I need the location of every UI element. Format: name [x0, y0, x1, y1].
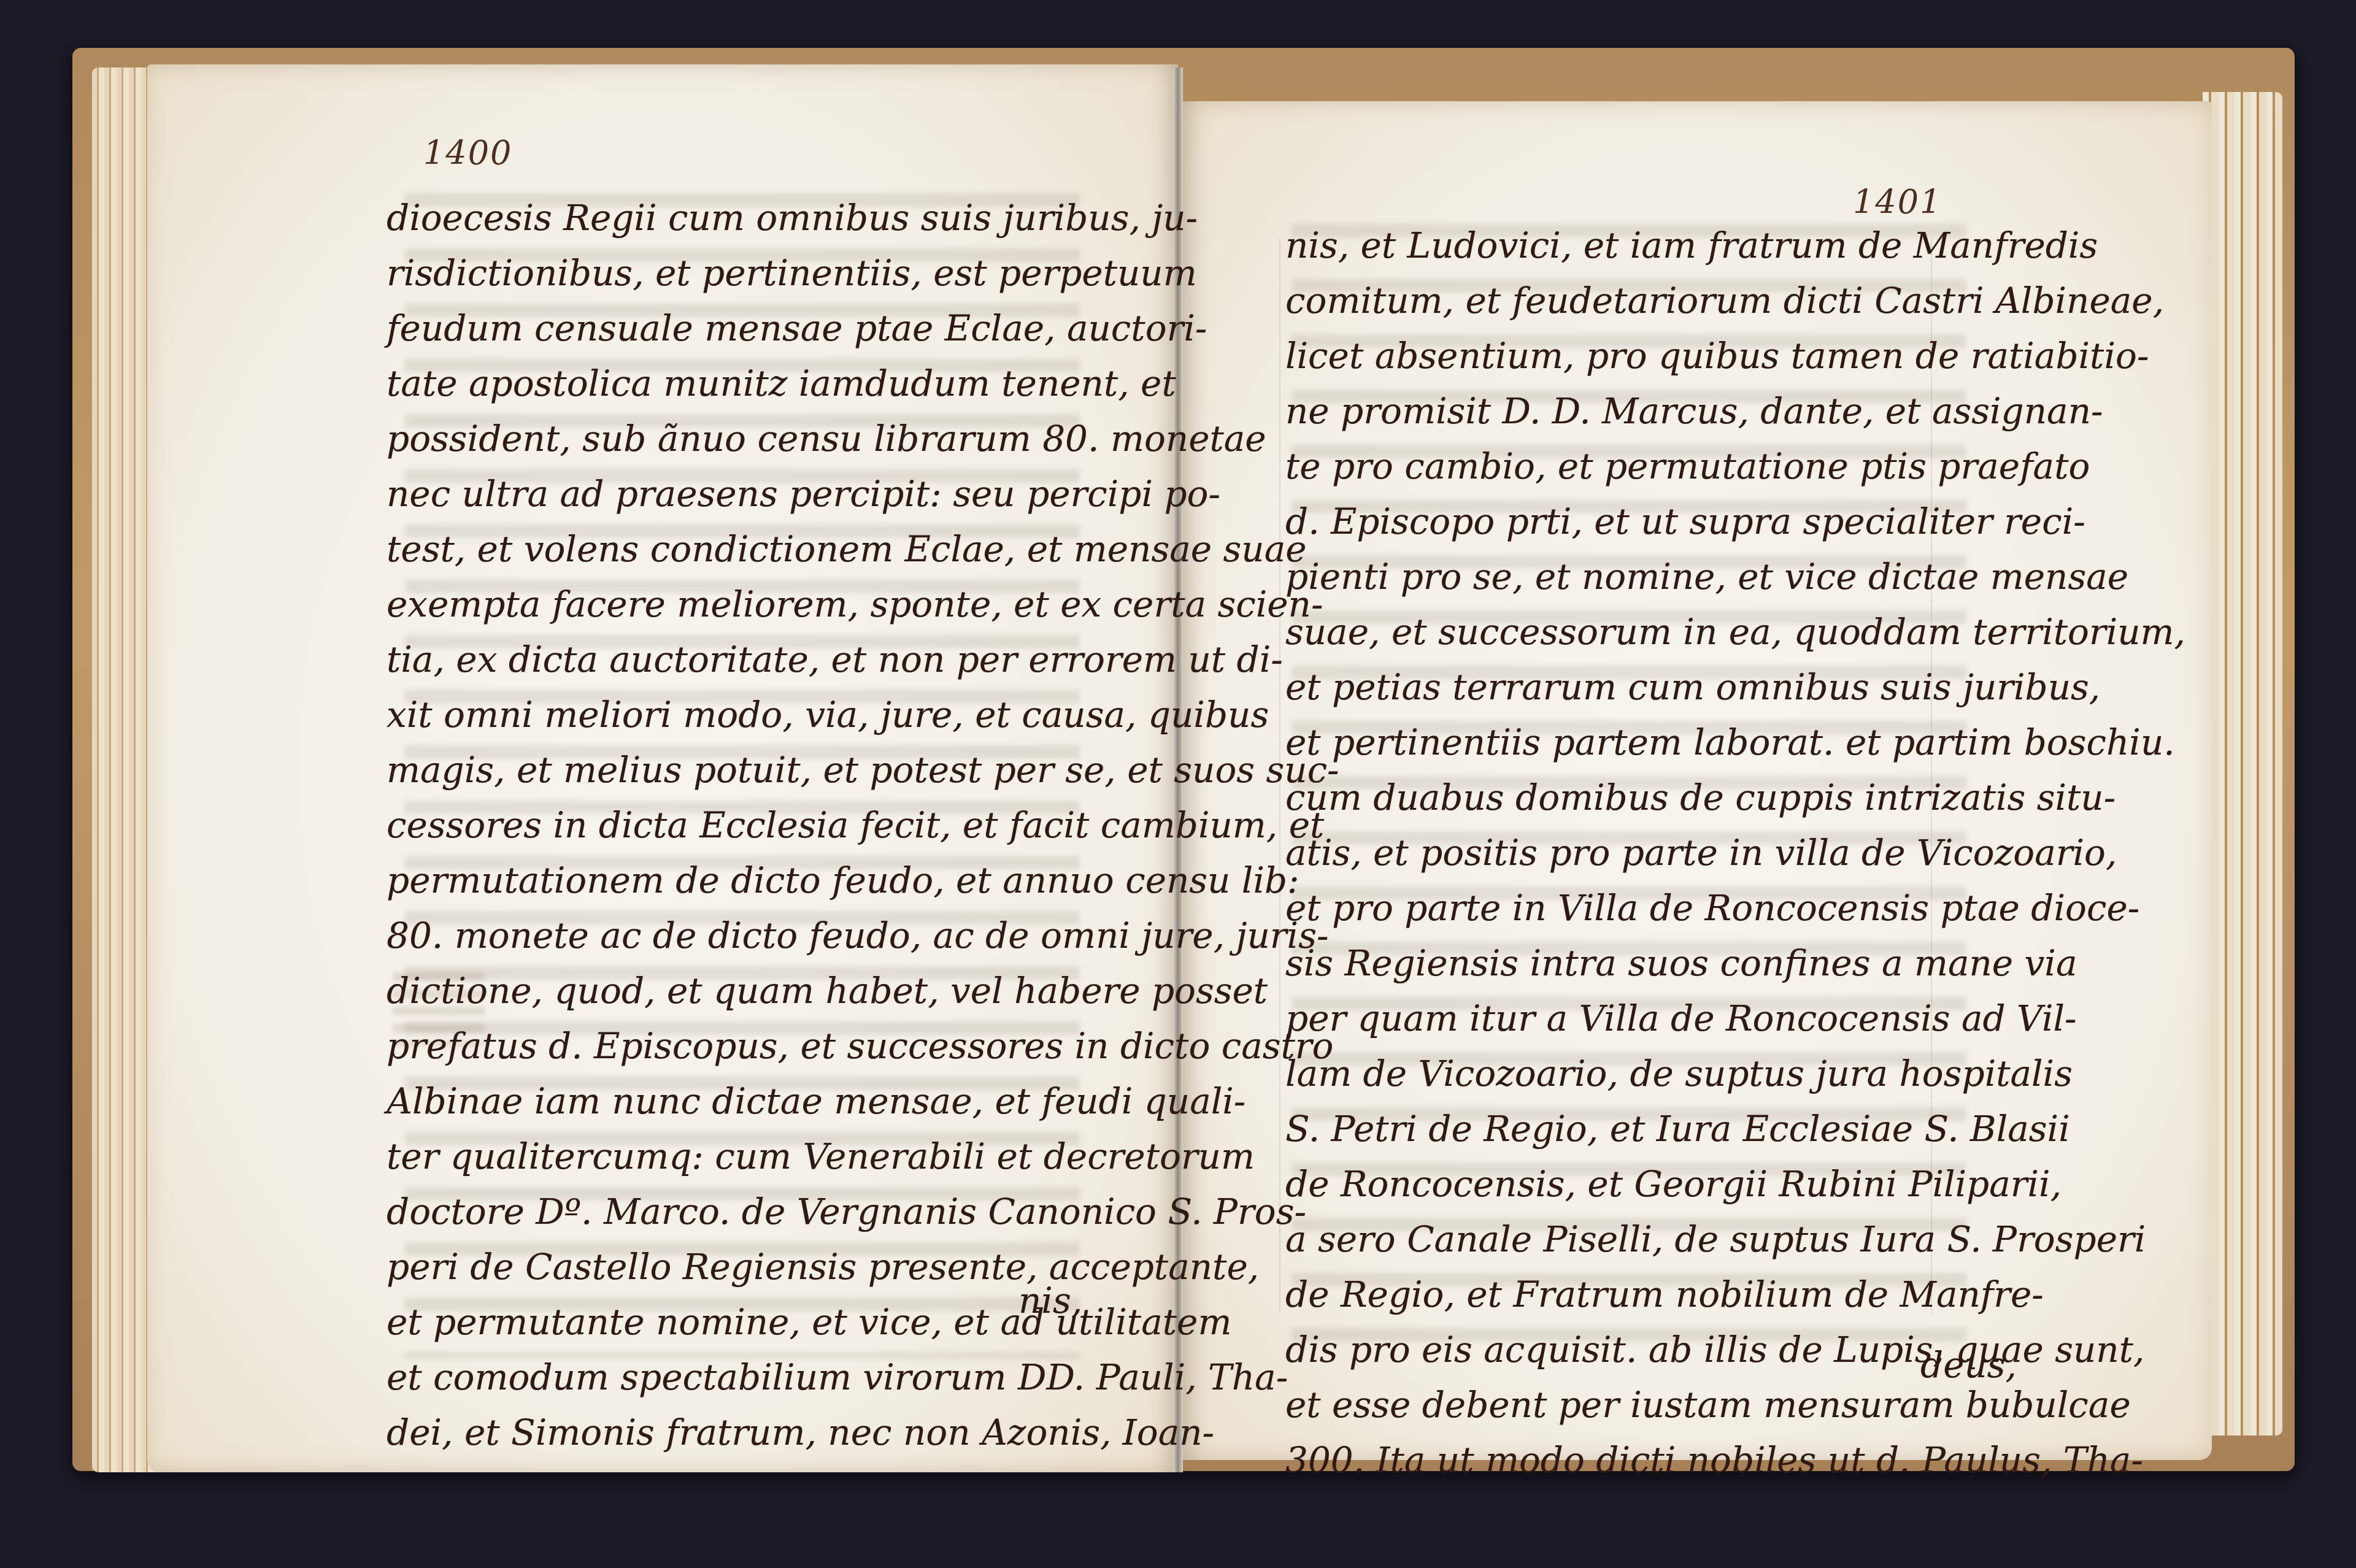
text-line: xit omni meliori modo, via, jure, et cau… [387, 687, 1339, 742]
text-line: per quam itur a Villa de Roncocensis ad … [1285, 991, 2185, 1046]
text-line: d. Episcopo prti, et ut supra specialite… [1285, 494, 2185, 549]
text-line: pienti pro se, et nomine, et vice dictae… [1285, 549, 2185, 604]
text-line: dis pro eis acquisit. ab illis de Lupis,… [1285, 1322, 2185, 1377]
text-line: risdictionibus, et pertinentiis, est per… [387, 245, 1339, 301]
catchword-left: nis, [1018, 1273, 1082, 1328]
text-line: exempta facere meliorem, sponte, et ex c… [387, 577, 1339, 632]
text-line: dictione, quod, et quam habet, vel haber… [387, 963, 1339, 1018]
text-line: magis, et melius potuit, et potest per s… [387, 742, 1339, 797]
text-line: comitum, et feudetariorum dicti Castri A… [1285, 273, 2185, 328]
text-line: nec ultra ad praesens percipit: seu perc… [387, 466, 1339, 521]
text-line: et pro parte in Villa de Roncocensis pta… [1285, 880, 2185, 936]
text-line: dei, et Simonis fratrum, nec non Azonis,… [387, 1405, 1339, 1460]
text-line: suae, et successorum in ea, quoddam terr… [1285, 604, 2185, 659]
text-line: et petias terrarum cum omnibus suis juri… [1285, 659, 2185, 715]
text-line: licet absentium, pro quibus tamen de rat… [1285, 328, 2185, 383]
text-line: et comodum spectabilium virorum DD. Paul… [387, 1350, 1339, 1405]
text-line: Albinae iam nunc dictae mensae, et feudi… [387, 1074, 1339, 1129]
text-line: et esse debent per iustam mensuram bubul… [1285, 1377, 2185, 1432]
folio-number-left: 1400 [423, 134, 512, 172]
text-line: cum duabus domibus de cuppis intrizatis … [1285, 770, 2185, 825]
text-line: prefatus d. Episcopus, et successores in… [387, 1018, 1339, 1074]
catchword-right: deus, [1920, 1337, 2017, 1393]
text-line: 300. Ita ut modo dicti nobiles ut d. Pau… [1285, 1432, 2185, 1488]
text-line: ne promisit D. D. Marcus, dante, et assi… [1285, 383, 2185, 439]
text-line: feudum censuale mensae ptae Eclae, aucto… [387, 301, 1339, 356]
text-line: tate apostolica munitz iamdudum tenent, … [387, 356, 1339, 411]
text-line: test, et volens condictionem Eclae, et m… [387, 521, 1339, 577]
right-page-text: nis, et Ludovici, et iam fratrum de Manf… [1285, 218, 2185, 1488]
text-line: tia, ex dicta auctoritate, et non per er… [387, 632, 1339, 687]
text-line: sis Regiensis intra suos confines a mane… [1285, 936, 2185, 991]
text-line: dioecesis Regii cum omnibus suis juribus… [387, 190, 1339, 245]
text-line: te pro cambio, et permutatione ptis prae… [1285, 439, 2185, 494]
text-line: peri de Castello Regiensis presente, acc… [387, 1239, 1339, 1294]
text-line: lam de Vicozoario, de suptus jura hospit… [1285, 1046, 2185, 1101]
text-line: de Roncocensis, et Georgii Rubini Pilipa… [1285, 1156, 2185, 1212]
text-line: S. Petri de Regio, et Iura Ecclesiae S. … [1285, 1101, 2185, 1156]
text-line: et pertinentiis partem laborat. et parti… [1285, 715, 2185, 770]
text-line: possident, sub ãnuo censu librarum 80. m… [387, 411, 1339, 466]
text-line: cessores in dicta Ecclesia fecit, et fac… [387, 797, 1339, 853]
text-line: ter qualitercumq: cum Venerabili et decr… [387, 1129, 1339, 1184]
text-line: doctore Dº. Marco. de Vergnanis Canonico… [387, 1184, 1339, 1239]
text-line: atis, et positis pro parte in villa de V… [1285, 825, 2185, 880]
folio-number-right: 1401 [1853, 183, 1942, 221]
text-line: permutationem de dicto feudo, et annuo c… [387, 853, 1339, 908]
right-page-edges [2203, 92, 2282, 1435]
text-line: et permutante nomine, et vice, et ad uti… [387, 1294, 1339, 1350]
text-line: 80. monete ac de dicto feudo, ac de omni… [387, 908, 1339, 963]
text-line: nis, et Ludovici, et iam fratrum de Manf… [1285, 218, 2185, 273]
left-page-text: dioecesis Regii cum omnibus suis juribus… [387, 190, 1339, 1460]
text-line: a sero Canale Piselli, de suptus Iura S.… [1285, 1212, 2185, 1267]
text-line: de Regio, et Fratrum nobilium de Manfre- [1285, 1267, 2185, 1322]
